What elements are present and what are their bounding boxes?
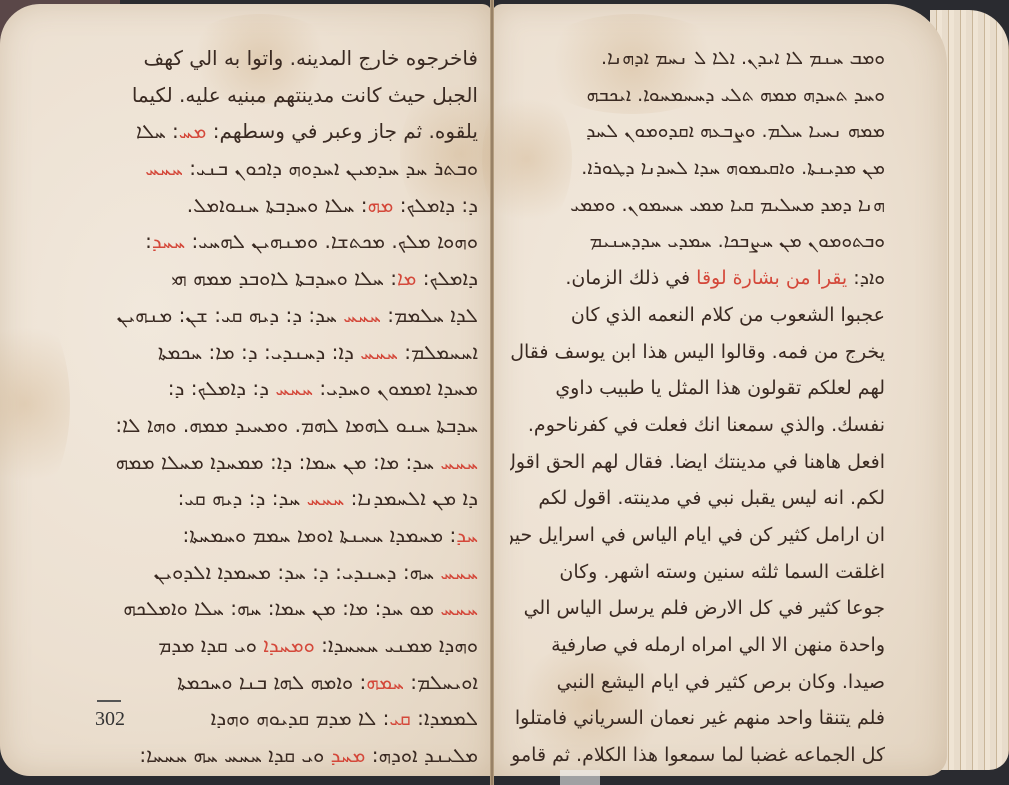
manuscript-line: ܘܗܕܐ ܡܡܢܝ ܚܚܚܕܐ: ܘܡܚܕܐ ܘܝ ܩܕܐ ܡܕܡ [108,627,478,664]
manuscript-line: ܡܢ ܡܕܝܢܬܐ. ܘܐܩܝܡܘܗ ܚܕܐ ܠܚܕܢܐ ܕܛܘܪܐ. [510,150,885,187]
manuscript-line: كل الجماعه غضبا لما سمعوا هذا الكلام. ثم… [510,737,885,774]
manuscript-line: ܘܡܒ ܚܢܡ ܠܐ ܐܝܕܢ. ܐܠܐ ܠ ܢܚܡ ܐܕܗܢܐ. [510,40,885,77]
manuscript-line: ܡܡܗ ܢܚܝܐ ܚܠܡ. ܘܨܒܥܗ ܐܩܕܘܡܘܢ ܠܚܕ [510,113,885,150]
book-gutter [490,0,494,785]
rubric-text: ܩܝ [389,706,410,730]
manuscript-line: ܕ: ܕܐܡܠܟ: ܡܗ: ܚܠܐ ܘܚܕܒܬܐ ܚܢܘܐܡܠ. [108,187,478,224]
manuscript-line: لهم لعلكم تقولون هذا المثل يا طبيب داوي [510,370,885,407]
manuscript-line: يلقوه. ثم جاز وعبر في وسطهم: ܡܚ: ܚܠܐ [108,113,478,150]
manuscript-line: ܠܡܡܕܐ: ܩܝ: ܠܐ ܡܕܡ ܩܕܝܘܗ ܘܗܕܐ [108,700,478,737]
folio-number: 302 [95,708,125,731]
manuscript-line: ܘܗܘܐ ܡܠܟ. ܡܟܬܫܐ. ܘܡܢܗܝܢ ܠܗܚܝ: ܚܚܕ: [108,223,478,260]
rubric-text: يقرا من بشارة لوقا [696,267,847,289]
manuscript-line: ܗܢܐ ܕܡܕ ܡܚܠܝܡ ܩܝܐ ܡܡܝ ܚܚܡܘܢ. ܘܡܡܝ [510,187,885,224]
manuscript-line: ان ارامل كثير كن في ايام الياس في اسرايل… [510,517,885,554]
manuscript-line: فاخرجوه خارج المدينه. واتوا به الي كهف [108,40,478,77]
manuscript-line: ܚܚܚ ܚܕ: ܡܐ: ܡܢ ܚܡܐ: ܕܐ: ܡܡܚܕܐ ܡܚܠܐ ܡܡܗ [108,444,478,481]
manuscript-line: صيدا. وكان برص كثير في ايام اليشع النبي [510,664,885,701]
rubric-text: ܚܚܚ [440,450,478,474]
manuscript-line: ܕܐܡܠܟ: ܡܐ: ܚܠܐ ܘܚܕܒܬܐ ܠܐܘܒܕ ܡܡܗ ܗܝ [108,260,478,297]
manuscript-line: ܐܚܚܡܠܡ: ܚܚܚ ܕܐ: ܕܚܢܕܝ: ܕ: ܡܐ: ܚܟܡܬܐ [108,334,478,371]
manuscript-line: نفسك. والذي سمعنا انك فعلت في كفرناحوم. [510,407,885,444]
manuscript-line: واحدة منهن الا الي امراه ارمله في صارفية [510,627,885,664]
rubric-text: ܚܕ [456,523,478,547]
manuscript-line: فلم يتنقا واحد منهم غير نعمان السرياني ف… [510,700,885,737]
rubric-text: ܚܚܚ [275,376,313,400]
manuscript-line: اغلقت السما ثلثه سنين وسته اشهر. وكان [510,554,885,591]
rubric-text: ܚܡܗ [366,670,404,694]
rubric-text: ܘܡܚܕܐ [263,633,315,657]
rubric-text: ܡܗ [367,193,393,217]
rubric-text: ܡܐ [397,266,416,290]
manuscript-line: افعل هاهنا في مدينتك ايضا. فقال لهم الحق… [510,444,885,481]
rubric-text: ܚܚܚ [343,303,381,327]
manuscript-line: ܚܕ: ܡܚܡܕܐ ܚܚܢܬܐ ܐܘܡܐ ܚܡܡ ܘܚܡܚܬܐ: [108,517,478,554]
manuscript-line: ܕܐ ܡܢ ܐܠܚܡܕܢܐ: ܚܚܚ ܚܕ: ܕ: ܕܝܗ ܩܝ: [108,480,478,517]
manuscript-spread: فاخرجوه خارج المدينه. واتوا به الي كهفال… [0,0,1009,785]
bookmark-tab [560,770,600,785]
manuscript-line: ܘܒܬܪ ܚܕ ܚܕܡܝܢ ܐܚܕܘܗ ܕܐܟܘܢ ܒܢܝ: ܚܚܚ [108,150,478,187]
manuscript-line: ܚܚܚ ܡܘ ܚܕ: ܡܐ: ܡܢ ܚܡܐ: ܚܗ: ܚܠܐ ܘܐܡܠܟܗ [108,590,478,627]
manuscript-line: ܚܚܚ ܚܗ: ܕܚܢܕܝ: ܕ: ܚܕ: ܡܚܡܕܐ ܐܠܕܘܝܢ [108,554,478,591]
rubric-text: ܚܚܚ [307,486,345,510]
right-page-text: ܘܡܒ ܚܢܡ ܠܐ ܐܝܕܢ. ܐܠܐ ܠ ܢܚܡ ܐܕܗܢܐ.ܘܚܕ ܬܚܕ… [510,40,885,774]
manuscript-line: ܘܚܕ ܬܚܕܗ ܡܡܗ ܬܠܝ ܕܚܚܡܚܘܐ. ܐܝܟܒܗ [510,77,885,114]
folio-mark [97,700,121,702]
manuscript-line: ܐܘܝܚܠܡ: ܚܡܗ: ܘܐܡܗ ܠܗܐ ܒܢܐ ܘܚܟܡܬܐ [108,664,478,701]
manuscript-line: ܚܕܒܬܐ ܚܢܘ ܠܗܡܐ ܠܗܡ. ܘܡܚܝܕ ܡܡܗ. ܘܗܐ ܠܐ: [108,407,478,444]
manuscript-line: لكم. انه ليس يقبل نبي في مدينته. اقول لك… [510,480,885,517]
manuscript-line: جوعا كثير في كل الارض فلم يرسل الياس الي [510,590,885,627]
rubric-text: ܚܚܚ [440,560,478,584]
rubric-text: ܚܚܕ [152,229,185,253]
manuscript-line: ܡܠܝܢܕ ܐܘܕܗ: ܡܚܕ ܘܝ ܩܕܐ ܚܚܚ ܚܗ ܚܚܚܐ: [108,737,478,774]
manuscript-line: ܘܒܬܘܡܘܢ ܡܢ ܚܨܒܟܐ. ܚܡܕܝ ܚܕܕܚܢܝܡ [510,223,885,260]
rubric-text: ܡܚܕ [331,743,366,767]
rubric-text: ܡܚ [179,119,207,143]
water-stain [0,304,70,504]
manuscript-line: ܡܚܕܐ ܐܡܡܘܢ ܘܚܕܝ: ܚܚܚ ܕ: ܕܐܡܠܟ: ܕ: [108,370,478,407]
rubric-text: ܚܚܚ [145,156,183,180]
left-page-text: فاخرجوه خارج المدينه. واتوا به الي كهفال… [108,40,478,774]
rubric-text: ܚܚܚ [360,340,398,364]
manuscript-line: ܘܐܕ: يقرا من بشارة لوقا في ذلك الزمان. [510,260,885,297]
manuscript-line: ܠܕܐ ܚܠܡܡ: ܚܚܚ ܚܕ: ܕ: ܕܝܗ ܩܝ: ܫܢ: ܡܢܗܝܢ [108,297,478,334]
manuscript-line: عجبوا الشعوب من كلام النعمه الذي كان [510,297,885,334]
rubric-text: ܚܚܚ [440,596,478,620]
manuscript-line: الجبل حيث كانت مدينتهم مبنيه عليه. لكيما [108,77,478,114]
manuscript-line: يخرج من فمه. وقالوا اليس هذا ابن يوسف فق… [510,334,885,371]
